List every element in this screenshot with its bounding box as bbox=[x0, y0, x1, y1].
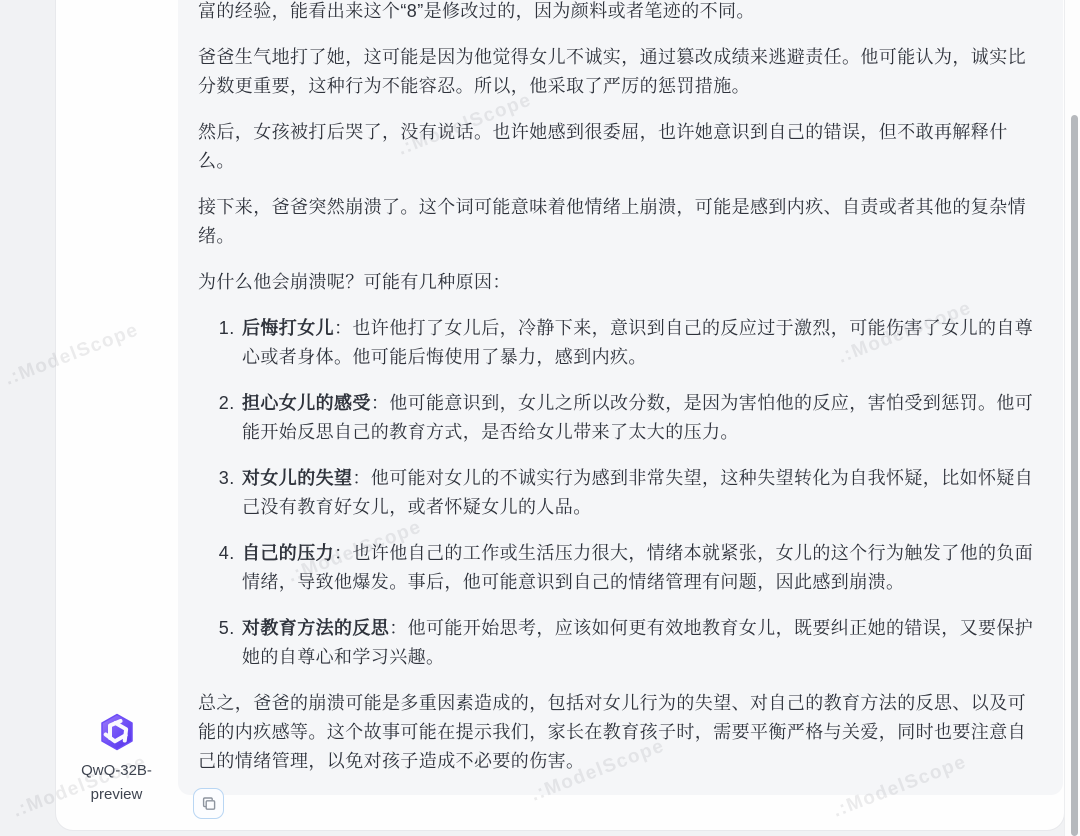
message-paragraph: 总之，爸爸的崩溃可能是多重因素造成的，包括对女儿行为的失望、对自己的教育方法的反… bbox=[198, 689, 1036, 776]
message-paragraph: 接下来，爸爸突然崩溃了。这个词可能意味着他情绪上崩溃，可能是感到内疚、自责或者其… bbox=[198, 193, 1036, 251]
reasons-list: 后悔打女儿：也许他打了女儿后，冷静下来，意识到自己的反应过于激烈，可能伤害了女儿… bbox=[198, 314, 1036, 672]
list-item-label: 自己的压力 bbox=[242, 543, 334, 563]
qwen-logo-icon bbox=[97, 712, 137, 752]
list-item: 后悔打女儿：也许他打了女儿后，冷静下来，意识到自己的反应过于激烈，可能伤害了女儿… bbox=[240, 314, 1036, 372]
list-item-text: ：他可能对女儿的不诚实行为感到非常失望，这种失望转化为自我怀疑，比如怀疑自己没有… bbox=[242, 468, 1033, 517]
list-item-text: ：也许他自己的工作或生活压力很大，情绪本就紧张，女儿的这个行为触发了他的负面情绪… bbox=[242, 543, 1033, 592]
scrollbar[interactable] bbox=[1064, 0, 1080, 836]
message-paragraph: 爸爸生气地打了她，这可能是因为他觉得女儿不诚实，通过篡改成绩来逃避责任。他可能认… bbox=[198, 43, 1036, 101]
message-paragraph: 然后，女孩被打后哭了，没有说话。也许她感到很委屈，也许她意识到自己的错误，但不敢… bbox=[198, 118, 1036, 176]
list-item-label: 担心女儿的感受 bbox=[242, 393, 371, 413]
list-item-text: ：也许他打了女儿后，冷静下来，意识到自己的反应过于激烈，可能伤害了女儿的自尊心或… bbox=[242, 318, 1033, 367]
message-paragraph: 富的经验，能看出来这个“8”是修改过的，因为颜料或者笔迹的不同。 bbox=[198, 0, 1036, 26]
copy-button[interactable] bbox=[193, 788, 224, 819]
list-item: 自己的压力：也许他自己的工作或生活压力很大，情绪本就紧张，女儿的这个行为触发了他… bbox=[240, 539, 1036, 597]
list-item: 对教育方法的反思：他可能开始思考，应该如何更有效地教育女儿，既要纠正她的错误，又… bbox=[240, 614, 1036, 672]
model-name: QwQ-32B-preview bbox=[72, 759, 162, 807]
copy-icon bbox=[201, 796, 217, 812]
chat-screenshot: 富的经验，能看出来这个“8”是修改过的，因为颜料或者笔迹的不同。 爸爸生气地打了… bbox=[0, 0, 1080, 836]
model-avatar bbox=[97, 712, 137, 752]
assistant-message-bubble: 富的经验，能看出来这个“8”是修改过的，因为颜料或者笔迹的不同。 爸爸生气地打了… bbox=[178, 0, 1063, 795]
message-paragraph: 为什么他会崩溃呢？可能有几种原因： bbox=[198, 268, 1036, 297]
list-item-label: 对女儿的失望 bbox=[242, 468, 352, 488]
list-item-label: 后悔打女儿 bbox=[242, 318, 334, 338]
list-item: 对女儿的失望：他可能对女儿的不诚实行为感到非常失望，这种失望转化为自我怀疑，比如… bbox=[240, 464, 1036, 522]
assistant-meta: QwQ-32B-preview bbox=[55, 712, 178, 807]
list-item: 担心女儿的感受：他可能意识到，女儿之所以改分数，是因为害怕他的反应，害怕受到惩罚… bbox=[240, 389, 1036, 447]
list-item-label: 对教育方法的反思 bbox=[242, 618, 389, 638]
scrollbar-thumb[interactable] bbox=[1071, 115, 1078, 836]
